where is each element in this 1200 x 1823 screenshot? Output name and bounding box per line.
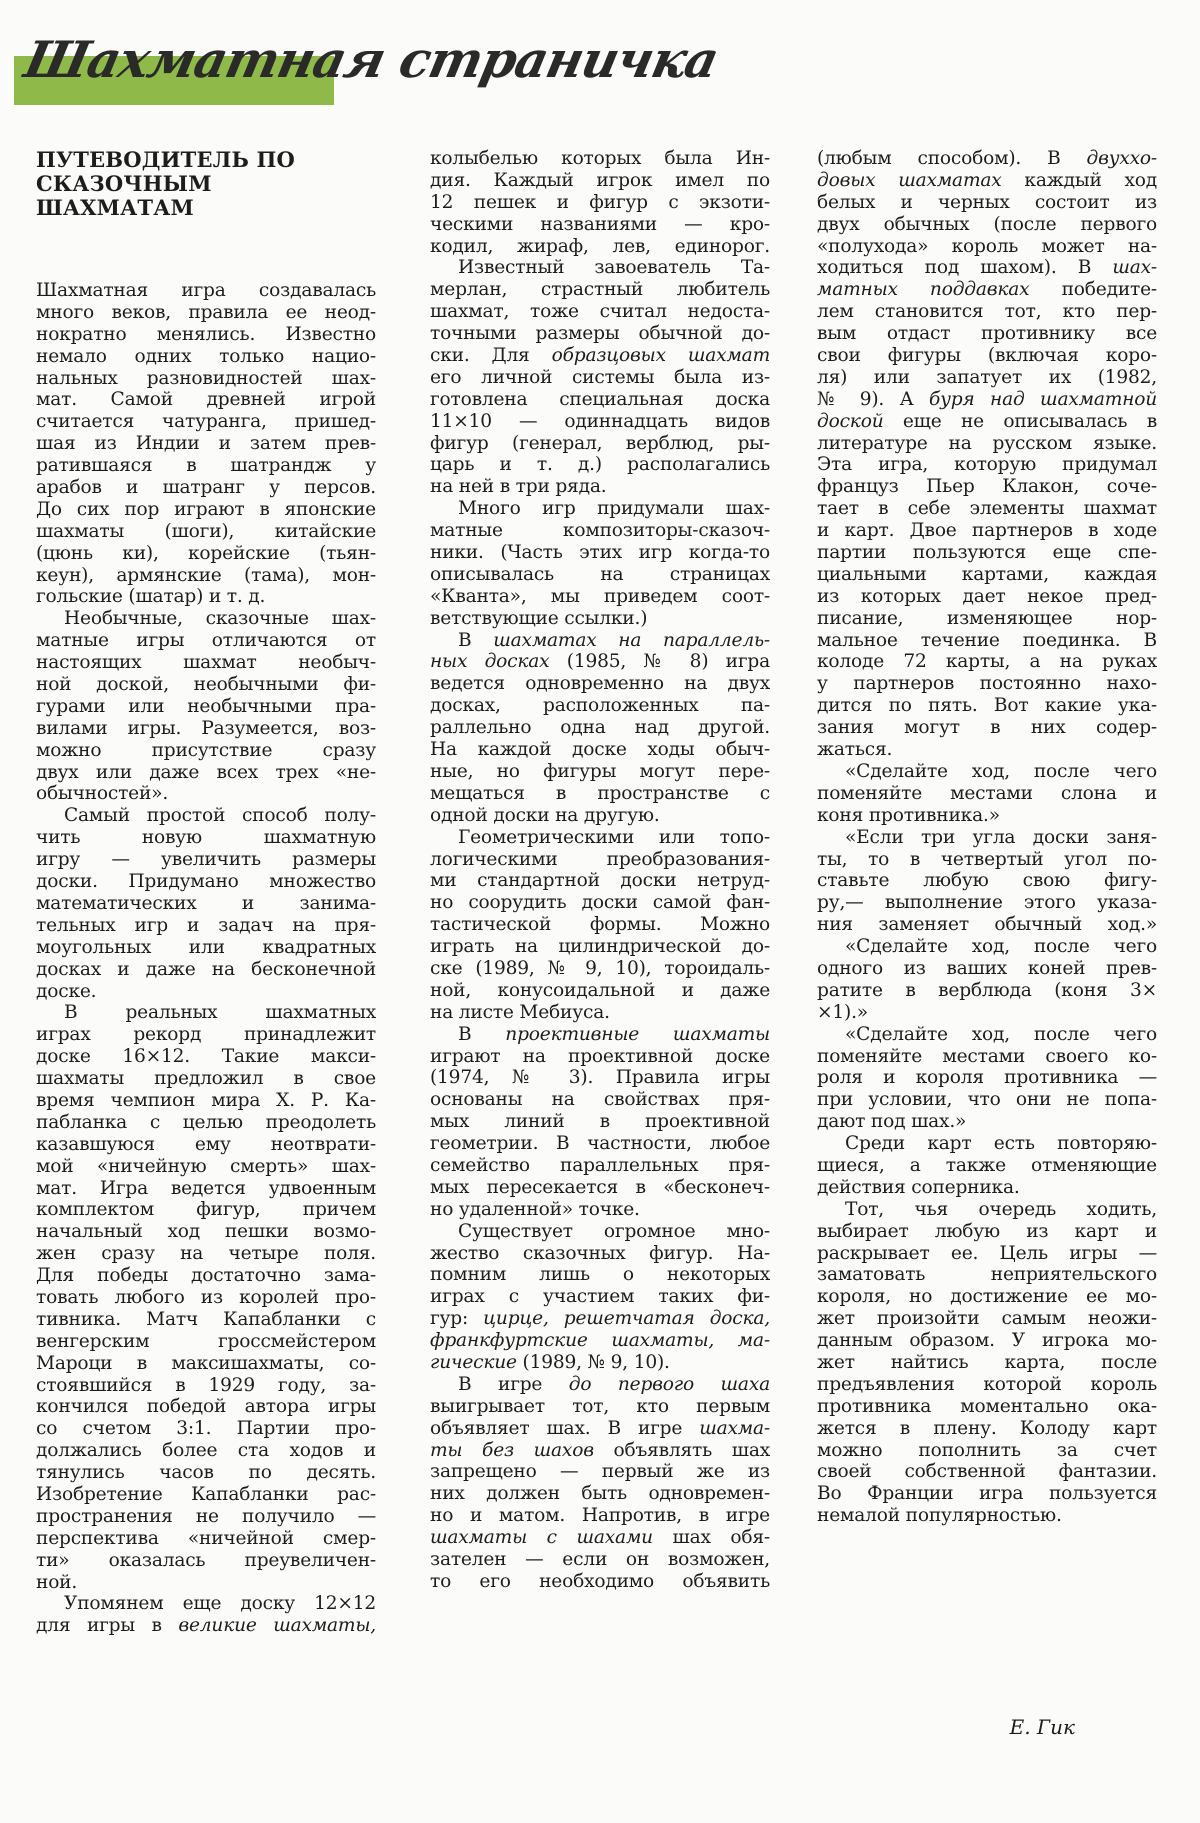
text-line: Шахматная игра создавалась [36,280,376,302]
text-line: ведется одновременно на двух [430,673,770,695]
article-title: ПУТЕВОДИТЕЛЬ ПО СКАЗОЧНЫМ ШАХМАТАМ [36,148,376,220]
text-run: щиеся, а также отменяющие [817,1155,1157,1176]
text-line: играть на цилиндрической до- [430,936,770,958]
article-column-2: колыбелью которых была Ин-дия. Каждый иг… [430,148,770,1593]
text-run: В [458,630,493,651]
text-line: мещаться в пространстве с [430,783,770,805]
text-line: дится по пять. Вот какие ука- [817,695,1157,717]
text-line: играют на проективной доске [430,1046,770,1068]
text-run: Изобретение Капабланки рас- [36,1484,376,1505]
italic-term: буря над шахматной [929,389,1157,410]
text-line: кеун), армянские (тама), мон- [36,565,376,587]
text-line: Самый простой способ полу- [36,805,376,827]
text-line: кодил, жираф, лев, единорог. [430,236,770,258]
text-line: колоде 72 карты, а на руках [817,651,1157,673]
text-line: ной доской, необычными фи- [36,674,376,696]
text-run: ческими названиями — кро- [430,214,770,235]
text-line: немало одних только нацио- [36,346,376,368]
text-run: на ней в три ряда. [430,476,606,497]
text-line: гурами или необычными пра- [36,696,376,718]
text-run: тельных игр и задач на пря- [36,915,376,936]
text-line: выбирает любую из карт и [817,1221,1157,1243]
text-line: свои фигуры (включая коро- [817,345,1157,367]
text-run: мат. Самой древней игрой [36,389,376,410]
text-line: шахматы (шоги), китайские [36,521,376,543]
article-title-line: ПУТЕВОДИТЕЛЬ ПО [36,148,376,172]
text-line: «Сделайте ход, после чего [817,1024,1157,1046]
text-run: ведется одновременно на двух [430,673,770,694]
text-line: на ней в три ряда. [430,476,770,498]
text-line: моугольных или квадратных [36,937,376,959]
text-run: (цюнь ки), корейские (тьян- [36,543,376,564]
text-line: Тот, чья очередь ходить, [817,1199,1157,1221]
text-run: можно присутствие сразу [36,740,376,761]
text-line: досках и даже на бесконечной [36,959,376,981]
text-run: короля, но достижение ее мо- [817,1286,1157,1307]
text-line: геометрии. В частности, любое [430,1133,770,1155]
text-line: из которых дает некое пред- [817,586,1157,608]
text-line: Много игр придумали шах- [430,498,770,520]
text-run: то его необходимо объявить [430,1571,770,1592]
text-line: мых пересекается в «бесконеч- [430,1177,770,1199]
text-line: игру — увеличить размеры [36,849,376,871]
text-run: на листе Мебиуса. [430,1002,610,1023]
text-line: матных поддавках победите- [817,279,1157,301]
text-line: жет найтись карта, после [817,1352,1157,1374]
text-line: доске. [36,981,376,1003]
text-run: много веков, правила ее неод- [36,302,376,323]
text-line: предъявления которой король [817,1374,1157,1396]
text-run: комплектом фигур, причем [36,1199,376,1220]
text-run: жен сразу на четыре поля. [36,1243,376,1264]
text-run: двух обычных (после первого [817,214,1157,235]
text-line: его личной системы была из- [430,367,770,389]
text-line: мальное течение поединка. В [817,630,1157,652]
text-line: тастической формы. Можно [430,914,770,936]
text-run: ной, конусоидальной и даже [430,980,770,1001]
text-line: литературе на русском языке. [817,433,1157,455]
text-run: тает в себе элементы шахмат [817,498,1157,519]
text-run: писание, изменяющее нор- [817,608,1157,629]
text-run: играть на цилиндрической до- [430,936,770,957]
text-run: готовлена специальная доска [430,389,770,410]
text-run: Среди карт есть повторяю- [845,1133,1157,1154]
italic-term: ных досках [430,651,549,672]
italic-term: образцовых шахмат [552,345,770,366]
text-line: ной, конусоидальной и даже [430,980,770,1002]
text-run: своей собственной фантазии. [817,1461,1157,1482]
text-line: досках, расположенных па- [430,695,770,717]
text-run: ты, то в четвертый угол по- [817,849,1157,870]
text-line: ники. (Часть этих игр когда-то [430,542,770,564]
text-run: До сих пор играют в японские [36,499,376,520]
text-run: мой «ничейную смерть» шах- [36,1156,376,1177]
text-run: Необычные, сказочные шах- [64,608,376,629]
text-run: действия соперника. [817,1177,1020,1198]
text-line: тивника. Матч Капабланки с [36,1309,376,1331]
text-line: тельных игр и задач на пря- [36,915,376,937]
text-line: вилами игры. Разумеется, воз- [36,718,376,740]
text-line: одной доски на другую. [430,805,770,827]
text-line: ты без шахов объявлять шах [430,1440,770,1462]
text-line: партии пользуются еще спе- [817,542,1157,564]
article-title-line: СКАЗОЧНЫМ ШАХМАТАМ [36,172,376,220]
text-run: вым отдаст противнику все [817,323,1157,344]
text-line: мат. Самой древней игрой [36,389,376,411]
text-run: царь и т. д.) располагались [430,454,770,475]
text-line: шая из Индии и затем прев- [36,433,376,455]
text-line: № 9). А буря над шахматной [817,389,1157,411]
text-run: ники. (Часть этих игр когда-то [430,542,770,563]
text-run: должались более ста ходов и [36,1440,376,1461]
text-line: чить новую шахматную [36,827,376,849]
text-run: (1989, № 9, 10). [517,1352,670,1373]
text-run: гур: [430,1308,483,1329]
text-run: Шахматная игра создавалась [36,280,376,301]
text-run: ной. [36,1572,77,1593]
text-line: кончился победой автора игры [36,1396,376,1418]
text-line: много веков, правила ее неод- [36,302,376,324]
text-line: В реальных шахматных [36,1002,376,1024]
text-run: шая из Индии и затем прев- [36,433,376,454]
text-run: Мароци в максишахматы, со- [36,1353,376,1374]
text-line: казавшуюся ему неотврати- [36,1134,376,1156]
text-run: для игры в [36,1615,178,1636]
text-run: поменяйте местами слона и [817,783,1157,804]
text-run: считается чатуранга, пришед- [36,411,376,432]
text-run: ной доской, необычными фи- [36,674,376,695]
text-line: ру,— выполнение этого указа- [817,892,1157,914]
text-run: шахматы предложил в свое [36,1068,376,1089]
text-run: запрещено — первый же из [430,1461,770,1482]
text-run: но и матом. Напротив, в игре [430,1505,770,1526]
section-title: Шахматная страничка [20,30,724,89]
text-run: ти» оказалась преувеличен- [36,1550,376,1571]
text-line: перспектива «ничейной смер- [36,1528,376,1550]
text-run: мерлан, страстный любитель [430,279,770,300]
text-run: (1985, № 8) игра [549,651,770,672]
text-run: ставьте любую свою фигу- [817,870,1157,891]
text-line: зателен — если он возможен, [430,1549,770,1571]
text-run: Геометрическими или топо- [458,827,770,848]
text-run: жется в плену. Колоду карт [817,1418,1157,1439]
text-run: основаны на свойствах пря- [430,1089,770,1110]
text-line: шахматы с шахами шах обя- [430,1527,770,1549]
text-run: зателен — если он возможен, [430,1549,770,1570]
text-run: Для победы достаточно зама- [36,1265,376,1286]
text-run: 11×10 — одиннадцать видов [430,411,770,432]
text-run: точными размеры обычной до- [430,323,770,344]
text-run: партии пользуются еще спе- [817,542,1157,563]
text-run: них должен быть одновремен- [430,1483,770,1504]
italic-term: цирце, решетчатая доска, [483,1308,770,1329]
text-run: еще не описывалась в [883,411,1157,432]
text-run: противника моментально ока- [817,1396,1157,1417]
text-run: предъявления которой король [817,1374,1157,1395]
text-run: но удаленной» точке. [430,1199,640,1220]
text-line: должались более ста ходов и [36,1440,376,1462]
text-run: шах обя- [653,1527,770,1548]
text-line: Геометрическими или топо- [430,827,770,849]
text-run: гурами или необычными пра- [36,696,376,717]
text-line: логическими преобразования- [430,849,770,871]
text-run: «Кванта», мы приведем соот- [430,586,770,607]
text-line: жет произойти самым неожи- [817,1308,1157,1330]
text-run: начальный ход пешки возмо- [36,1221,376,1242]
text-line: поменяйте местами слона и [817,783,1157,805]
text-run: В игре [458,1374,569,1395]
text-line: доски. Придумано множество [36,871,376,893]
text-run: чить новую шахматную [36,827,376,848]
text-line: данным образом. У игрока мо- [817,1330,1157,1352]
text-run: и карт. Двое партнеров в ходе [817,520,1157,541]
text-run: доски. Придумано множество [36,871,376,892]
text-run: ми стандартной доски нетруд- [430,870,770,891]
text-line: колыбелью которых была Ин- [430,148,770,170]
text-line: Упомянем еще доску 12×12 [36,1593,376,1615]
text-run: ×1).» [817,1002,868,1023]
italic-term: шахматы с шахами [430,1527,653,1548]
column-text: (любым способом). В двухxо-довых шахмата… [817,148,1157,1527]
text-line: матные композиторы-сказоч- [430,520,770,542]
text-line: заматовать неприятельского [817,1264,1157,1286]
text-line: тянулись часов по десять. [36,1462,376,1484]
text-line: и карт. Двое партнеров в ходе [817,520,1157,542]
text-line: ти» оказалась преувеличен- [36,1550,376,1572]
text-run: Самый простой способ полу- [64,805,376,826]
text-run: мых пересекается в «бесконеч- [430,1177,770,1198]
italic-term: довых шахматах [817,170,1002,191]
text-run: Во Франции игра пользуется [817,1483,1157,1504]
text-run: 12 пешек и фигур с экзоти- [430,192,770,213]
text-line: 11×10 — одиннадцать видов [430,411,770,433]
italic-term: шахматах на параллель- [493,630,770,651]
text-run: одного из ваших коней прев- [817,958,1157,979]
text-line: ×1).» [817,1002,1157,1024]
text-line: доске 16×12. Такие макси- [36,1046,376,1068]
text-line: объявляет шах. В игре шахма- [430,1418,770,1440]
text-line: обычностей». [36,783,376,805]
text-line: ветствующие ссылки.) [430,608,770,630]
text-run: можно пополнить за счет [817,1440,1157,1461]
italic-term: матных поддавках [817,279,1029,300]
text-run: ния заменяет обычный ход.» [817,914,1157,935]
text-run: раскрывает ее. Цель игры — [817,1243,1157,1264]
text-line: дают под шах.» [817,1111,1157,1133]
text-run: коня противника.» [817,805,1000,826]
text-run: дают под шах.» [817,1111,966,1132]
text-run: Упомянем еще доску 12×12 [64,1593,376,1614]
text-run: играют на проективной доске [430,1046,770,1067]
text-run: тастической формы. Можно [430,914,770,935]
text-line: Среди карт есть повторяю- [817,1133,1157,1155]
text-line: со счетом 3:1. Партии про- [36,1418,376,1440]
text-run: объявляет шах. В игре [430,1418,699,1439]
text-line: гические (1989, № 9, 10). [430,1352,770,1374]
text-run: нальных разновидностей шах- [36,368,376,389]
italic-term: двухxо- [1087,148,1157,169]
text-run: ски. Для [430,345,552,366]
text-run: литературе на русском языке. [817,433,1157,454]
text-run: француз Пьер Клакон, соче- [817,476,1157,497]
text-line: для игры в великие шахматы, [36,1615,376,1637]
text-line: Изобретение Капабланки рас- [36,1484,376,1506]
text-run: со счетом 3:1. Партии про- [36,1418,376,1439]
text-run: В реальных шахматных [64,1002,376,1023]
text-line: (1974, № 3). Правила игры [430,1067,770,1089]
text-line: ходиться под шахом). В шах- [817,257,1157,279]
text-line: циальными картами, каждая [817,564,1157,586]
text-line: Известный завоеватель Та- [430,257,770,279]
text-run: ру,— выполнение этого указа- [817,892,1157,913]
text-run: гольские (шатар) и т. д. [36,586,265,607]
text-run: но соорудить доски самой фан- [430,892,770,913]
text-line: царь и т. д.) располагались [430,454,770,476]
text-line: но удаленной» точке. [430,1199,770,1221]
text-line: комплектом фигур, причем [36,1199,376,1221]
text-run: ске (1989, № 9, 10), тороидаль- [430,958,770,979]
text-run: двух или даже всех трех «не- [36,762,376,783]
text-line: лем становится тот, кто пер- [817,301,1157,323]
text-line: арабов и шатранг у персов. [36,477,376,499]
text-line: точными размеры обычной до- [430,323,770,345]
column-text: колыбелью которых была Ин-дия. Каждый иг… [430,148,770,1593]
text-run: жаться. [817,739,892,760]
text-run: На каждой доске ходы обыч- [430,739,770,760]
text-run: венгерским гроссмейстером [36,1331,376,1352]
text-line: матные игры отличаются от [36,630,376,652]
text-line: настоящих шахмат необыч- [36,652,376,674]
italic-term: великие шахматы, [178,1615,376,1636]
text-run: Эта игра, которую придумал [817,454,1157,475]
text-run: играх с участием таких фи- [430,1286,770,1307]
text-run: (1974, № 3). Правила игры [430,1067,770,1088]
text-line: «Сделайте ход, после чего [817,936,1157,958]
italic-term: до первого шаха [569,1374,770,1395]
text-line: выигрывает тот, кто первым [430,1396,770,1418]
italic-term: гические [430,1352,517,1373]
text-line: ческими названиями — кро- [430,214,770,236]
text-run: «Сделайте ход, после чего [845,936,1157,957]
text-run: семейство параллельных пря- [430,1155,770,1176]
text-line: основаны на свойствах пря- [430,1089,770,1111]
text-run: матные композиторы-сказоч- [430,520,770,541]
text-line: белых и черных состоит из [817,192,1157,214]
text-run: доске 16×12. Такие макси- [36,1046,376,1067]
text-run: пабланка с целью преодолеть [36,1112,376,1133]
text-line: можно присутствие сразу [36,740,376,762]
text-line: ратите в верблюда (коня 3× [817,980,1157,1002]
italic-term: проективные шахматы [505,1024,770,1045]
text-run: время чемпион мира Х. Р. Ка- [36,1090,376,1111]
text-line: Во Франции игра пользуется [817,1483,1157,1505]
text-line: противника моментально ока- [817,1396,1157,1418]
text-run: досках, расположенных па- [430,695,770,716]
text-line: жется в плену. Колоду карт [817,1418,1157,1440]
text-run: В [458,1024,505,1045]
text-line: пабланка с целью преодолеть [36,1112,376,1134]
text-line: В проективные шахматы [430,1024,770,1046]
text-run: Тот, чья очередь ходить, [845,1199,1157,1220]
text-line: начальный ход пешки возмо- [36,1221,376,1243]
text-line: раскрывает ее. Цель игры — [817,1243,1157,1265]
text-line: «Если три угла доски заня- [817,827,1157,849]
text-line: мых линий в проективной [430,1111,770,1133]
text-run: дится по пять. Вот какие ука- [817,695,1157,716]
text-run: арабов и шатранг у персов. [36,477,376,498]
text-run: помним лишь о некоторых [430,1264,770,1285]
text-run: Много игр придумали шах- [458,498,770,519]
text-line: Для победы достаточно зама- [36,1265,376,1287]
text-run: «Сделайте ход, после чего [845,1024,1157,1045]
text-run: ратите в верблюда (коня 3× [817,980,1157,1001]
text-run: казавшуюся ему неотврати- [36,1134,376,1155]
text-line: доской еще не описывалась в [817,411,1157,433]
text-line: семейство параллельных пря- [430,1155,770,1177]
text-line: помним лишь о некоторых [430,1264,770,1286]
text-line: но и матом. Напротив, в игре [430,1505,770,1527]
text-run: победите- [1029,279,1157,300]
author-signature: Е. Гик [1010,1715,1075,1739]
text-run: ходиться под шахом). В [817,257,1112,278]
text-line: мат. Игра ведется удвоенным [36,1178,376,1200]
text-line: В игре до первого шаха [430,1374,770,1396]
text-run: перспектива «ничейной смер- [36,1528,376,1549]
text-run: «Если три угла доски заня- [845,827,1157,848]
text-line: жен сразу на четыре поля. [36,1243,376,1265]
text-line: нократно менялись. Известно [36,324,376,346]
text-run: моугольных или квадратных [36,937,376,958]
text-line: гольские (шатар) и т. д. [36,586,376,608]
text-line: шахмат, тоже считал недоста- [430,301,770,323]
text-line: (любым способом). В двухxо- [817,148,1157,170]
text-line: мой «ничейную смерть» шах- [36,1156,376,1178]
text-line: венгерским гроссмейстером [36,1331,376,1353]
text-run: мещаться в пространстве с [430,783,770,804]
text-line: «полухода» король может на- [817,236,1157,258]
text-run: геометрии. В частности, любое [430,1133,770,1154]
text-run: кеун), армянские (тама), мон- [36,565,376,586]
italic-term: доской [817,411,883,432]
text-line: ные, но фигуры могут пере- [430,761,770,783]
text-run: ветствующие ссылки.) [430,608,647,629]
text-run: раллельно одна над другой. [430,717,770,738]
text-line: одного из ваших коней прев- [817,958,1157,980]
text-run: шахматы (шоги), китайские [36,521,376,542]
text-line: действия соперника. [817,1177,1157,1199]
text-line: них должен быть одновремен- [430,1483,770,1505]
text-run: свои фигуры (включая коро- [817,345,1157,366]
text-line: ратившаяся в шатрандж у [36,455,376,477]
text-run: у партнеров постоянно нахо- [817,673,1157,694]
italic-term: шахма- [699,1418,770,1439]
text-run: Известный завоеватель Та- [458,257,770,278]
text-line: но соорудить доски самой фан- [430,892,770,914]
text-line: франкфуртские шахматы, ма- [430,1330,770,1352]
text-run: матные игры отличаются от [36,630,376,651]
text-line: время чемпион мира Х. Р. Ка- [36,1090,376,1112]
text-run: фигур (генерал, верблюд, ры- [430,433,770,454]
text-line: двух или даже всех трех «не- [36,762,376,784]
text-line: раллельно одна над другой. [430,717,770,739]
text-run: нократно менялись. Известно [36,324,376,345]
text-run: «полухода» король может на- [817,236,1157,257]
text-line: ске (1989, № 9, 10), тороидаль- [430,958,770,980]
text-run: тянулись часов по десять. [36,1462,376,1483]
text-line: 12 пешек и фигур с экзоти- [430,192,770,214]
italic-term: франкфуртские шахматы, ма- [430,1330,770,1351]
text-line: жаться. [817,739,1157,761]
